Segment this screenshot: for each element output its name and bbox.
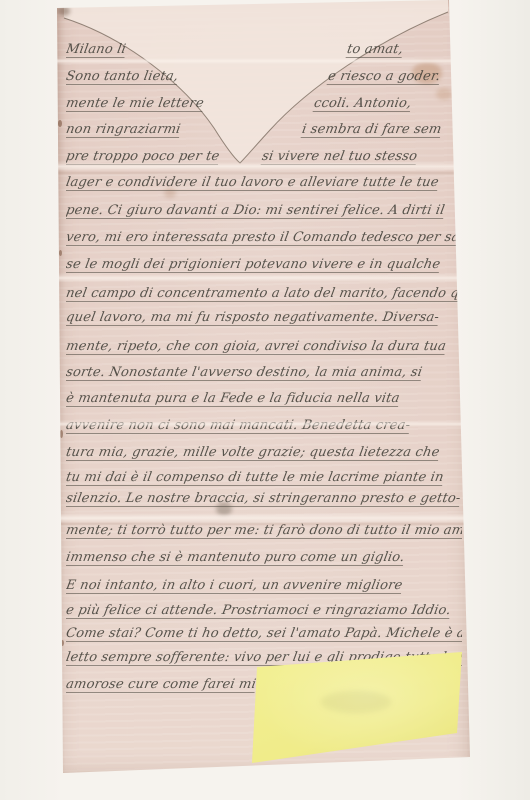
line-right-fragment: i sembra di fare sem — [300, 121, 442, 139]
line-left-fragment: non ringraziarmi — [66, 121, 182, 139]
handwritten-line: non ringraziarmi i sembra di fare sem — [66, 121, 462, 141]
handwritten-line: tu mi dai è il compenso di tutte le mie … — [66, 469, 462, 489]
handwritten-line: se le mogli dei prigionieri potevano viv… — [66, 256, 462, 276]
line-text: nel campo di concentramento a lato del m… — [66, 285, 462, 303]
line-text: tu mi dai è il compenso di tutte le mie … — [66, 469, 445, 487]
line-right-fragment: e riesco a goder. — [326, 68, 441, 86]
line-text: Come stai? Come ti ho detto, sei l'amato… — [66, 625, 462, 643]
line-text: pene. Ci giuro davanti a Dio: mi sentire… — [66, 202, 446, 220]
line-text: è mantenuta pura e la Fede e la fiducia … — [66, 390, 401, 408]
fold-crease — [56, 171, 470, 175]
line-left-fragment: Sono tanto lieta, — [66, 68, 180, 86]
line-text: se le mogli dei prigionieri potevano viv… — [66, 256, 442, 274]
handwritten-line: nel campo di concentramento a lato del m… — [66, 285, 462, 305]
paper-edge-speck — [58, 120, 62, 127]
handwritten-line: sorte. Nonostante l'avverso destino, la … — [66, 364, 462, 384]
line-text: quel lavoro, ma mi fu risposto negativam… — [66, 309, 440, 327]
handwritten-line: Sono tanto lieta, e riesco a goder. — [66, 68, 462, 88]
fold-crease — [56, 522, 470, 526]
handwritten-line: immenso che si è mantenuto puro come un … — [66, 549, 462, 569]
handwritten-line: mente le mie lettere ccoli. Antonio, — [66, 95, 462, 115]
handwritten-line: silenzio. Le nostre braccia, si stringer… — [66, 490, 462, 510]
fold-crease — [56, 58, 470, 64]
handwritten-line: vero, mi ero interessata presto il Coman… — [66, 229, 462, 249]
handwritten-line: è mantenuta pura e la Fede e la fiducia … — [66, 390, 462, 410]
handwritten-line: tura mia, grazie, mille volte grazie; qu… — [66, 444, 462, 464]
handwritten-line: E noi intanto, in alto i cuori, un avven… — [66, 577, 462, 597]
handwritten-line: quel lavoro, ma mi fu risposto negativam… — [66, 309, 462, 329]
line-text: lager e condividere il tuo lavoro e alle… — [66, 174, 440, 192]
handwritten-line: lager e condividere il tuo lavoro e alle… — [66, 174, 462, 194]
scanned-letter: Milano li to amat, Sono tanto lieta, e r… — [0, 0, 530, 800]
line-text: silenzio. Le nostre braccia, si stringer… — [66, 490, 462, 508]
line-text: amorose cure come farei mi — [66, 676, 257, 694]
line-right-fragment: ccoli. Antonio, — [312, 95, 412, 113]
handwritten-line: e più felice ci attende. Prostriamoci e … — [66, 602, 462, 622]
handwritten-line: pene. Ci giuro davanti a Dio: mi sentire… — [66, 202, 462, 222]
line-text: immenso che si è mantenuto puro come un … — [66, 549, 406, 567]
line-left-fragment: mente le mie lettere — [66, 95, 205, 113]
line-text: mente, ripeto, che con gioia, avrei cond… — [66, 338, 447, 356]
line-text: E noi intanto, in alto i cuori, un avven… — [66, 577, 404, 595]
handwritten-line: avvenire non ci sono mai mancati. Benede… — [66, 417, 462, 437]
handwritten-line: Come stai? Come ti ho detto, sei l'amato… — [66, 625, 462, 645]
line-text: vero, mi ero interessata presto il Coman… — [66, 229, 462, 247]
handwritten-line: mente, ripeto, che con gioia, avrei cond… — [66, 338, 462, 358]
line-text: e più felice ci attende. Prostriamoci e … — [66, 602, 452, 620]
paper-edge-speck — [61, 640, 64, 646]
line-text: tura mia, grazie, mille volte grazie; qu… — [66, 444, 441, 462]
line-left-fragment: Milano li — [66, 41, 127, 59]
line-right-fragment: to amat, — [345, 41, 404, 59]
fold-crease — [56, 421, 470, 427]
paper-edge-speck — [59, 250, 62, 256]
fold-crease — [56, 162, 470, 171]
fold-crease — [56, 274, 470, 282]
note-smudge — [321, 691, 391, 713]
paper-edge-speck — [60, 430, 63, 438]
line-text: sorte. Nonostante l'avverso destino, la … — [66, 364, 424, 382]
